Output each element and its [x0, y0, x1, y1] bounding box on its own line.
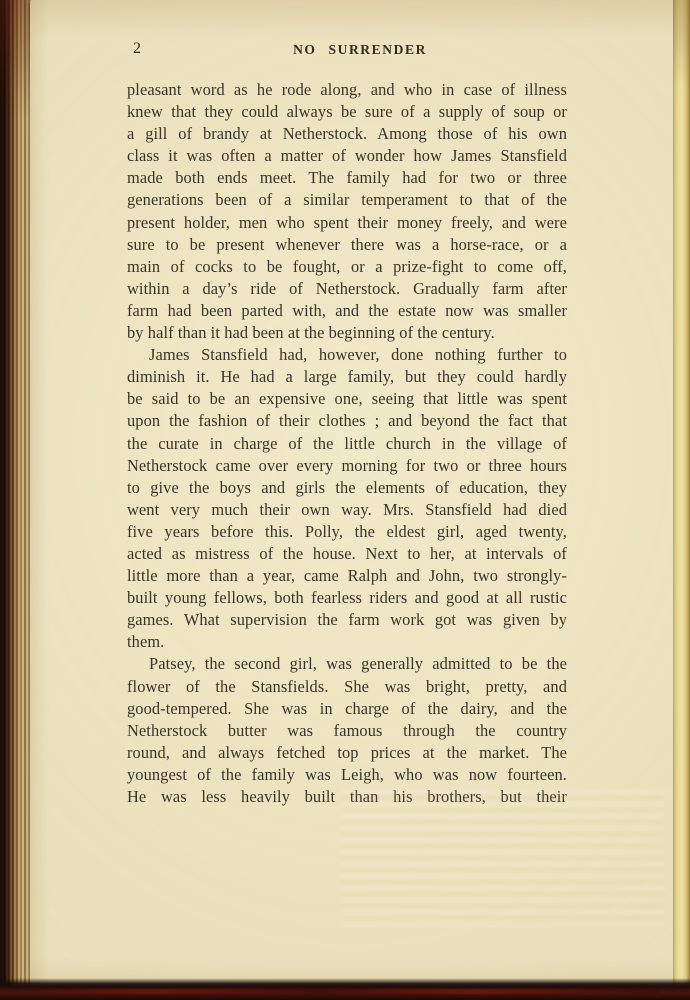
text-block: pleasant word as he rode along, and who …	[127, 79, 567, 808]
book-page: 2 NO SURRENDER pleasant word as he rode …	[30, 0, 677, 986]
text-line: knew that they could always be sure of a…	[127, 101, 567, 123]
text-line: present holder, men who spent their mone…	[127, 212, 567, 234]
text-line: upon the fashion of their clothes ; and …	[127, 410, 567, 432]
text-line: flower of the Stansfields. She was brigh…	[127, 676, 567, 698]
text-line: generations been of a similar temperamen…	[127, 189, 567, 211]
text-line: Patsey, the second girl, was generally a…	[127, 653, 567, 675]
text-line: class it was often a matter of wonder ho…	[127, 145, 567, 167]
text-line: by half than it had been at the beginnin…	[127, 322, 567, 344]
text-line: Netherstock butter was famous through th…	[127, 720, 567, 742]
text-line: games. What supervision the farm work go…	[127, 609, 567, 631]
text-line: He was less heavily built than his broth…	[127, 786, 567, 808]
text-line: acted as mistress of the house. Next to …	[127, 543, 567, 565]
book-page-scan: 2 NO SURRENDER pleasant word as he rode …	[0, 0, 690, 1000]
text-line: Netherstock came over every morning for …	[127, 455, 567, 477]
text-line: made both ends meet. The family had for …	[127, 167, 567, 189]
text-line: diminish it. He had a large family, but …	[127, 366, 567, 388]
text-line: youngest of the family was Leigh, who wa…	[127, 764, 567, 786]
cover-maroon-streak	[40, 989, 660, 994]
text-line: James Stansfield had, however, done noth…	[127, 344, 567, 366]
running-head: 2 NO SURRENDER	[127, 40, 567, 60]
text-line: good-tempered. She was in charge of the …	[127, 698, 567, 720]
running-title: NO SURRENDER	[140, 42, 580, 58]
text-line: farm had been parted with, and the estat…	[127, 300, 567, 322]
text-line: them.	[127, 631, 567, 653]
text-line: the curate in charge of the little churc…	[127, 433, 567, 455]
text-line: a gill of brandy at Netherstock. Among t…	[127, 123, 567, 145]
text-line: sure to be present whenever there was a …	[127, 234, 567, 256]
text-line: within a day’s ride of Netherstock. Grad…	[127, 278, 567, 300]
page-edge-right	[673, 0, 690, 986]
text-line: pleasant word as he rode along, and who …	[127, 79, 567, 101]
text-line: five years before this. Polly, the eldes…	[127, 521, 567, 543]
text-line: main of cocks to be fought, or a prize-f…	[127, 256, 567, 278]
text-line: went very much their own way. Mrs. Stans…	[127, 499, 567, 521]
text-line: little more than a year, came Ralph and …	[127, 565, 567, 587]
book-cover-bottom	[0, 978, 690, 1000]
book-binding-left	[0, 0, 34, 986]
text-line: be said to be an expensive one, seeing t…	[127, 388, 567, 410]
text-line: round, and always fetched top prices at …	[127, 742, 567, 764]
text-line: built young fellows, both fearless rider…	[127, 587, 567, 609]
text-line: to give the boys and girls the elements …	[127, 477, 567, 499]
